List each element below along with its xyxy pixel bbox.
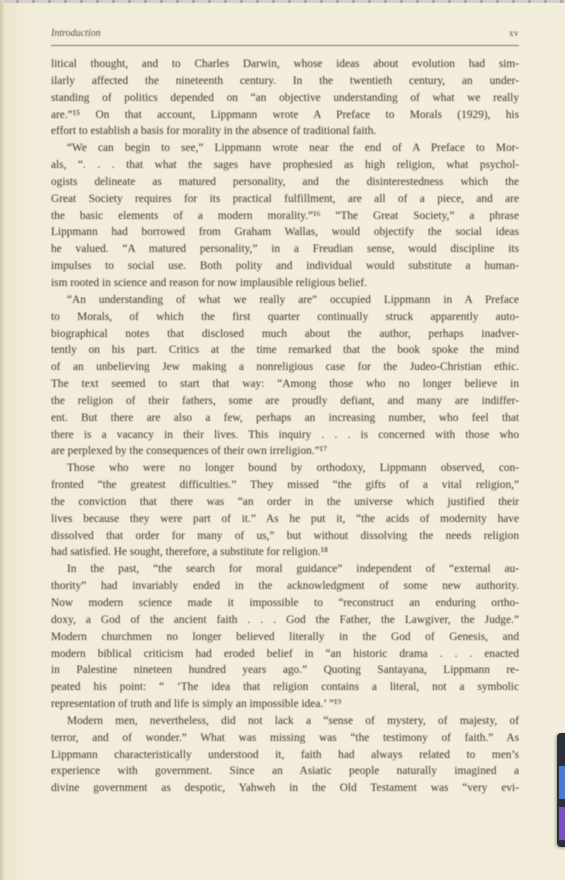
text-line: Modern churchmen no longer believed lite… xyxy=(51,629,519,646)
paragraph: Those who were no longer bound by orthod… xyxy=(51,460,519,561)
text-line: modern biblical criticism had eroded bel… xyxy=(51,646,519,663)
text-line: als, “. . . that what the sages have pro… xyxy=(51,157,519,174)
page-body: litical thought, and to Charles Darwin, … xyxy=(51,56,519,797)
text-line: Lippmann had borrowed from Graham Wallas… xyxy=(51,224,519,241)
paragraph: “An understanding of what we really are”… xyxy=(51,292,519,460)
text-line: Lippmann characteristically understood i… xyxy=(51,747,519,764)
text-line: The text seemed to start that way: “Amon… xyxy=(51,376,519,393)
text-line: tently on his part. Critics at the time … xyxy=(51,342,519,359)
text-line: had satisfied. He sought, therefore, a s… xyxy=(51,544,519,561)
text-line: ent. But there are also a few, perhaps a… xyxy=(51,410,519,427)
paragraph: Modern men, nevertheless, did not lack a… xyxy=(51,713,519,797)
text-line: he valued. “A matured personality,” in a… xyxy=(51,241,519,258)
text-line: there is a vacancy in their lives. This … xyxy=(51,427,519,444)
text-line: standing of politics depended on “an obj… xyxy=(51,90,519,107)
text-line: Now modern science made it impossible to… xyxy=(51,595,519,612)
toolbar-segment-purple-icon[interactable] xyxy=(559,807,565,840)
text-line: doxy, a God of the ancient faith . . . G… xyxy=(51,612,519,629)
text-line: “An understanding of what we really are”… xyxy=(51,292,519,309)
text-line: “We can begin to see,” Lippmann wrote ne… xyxy=(51,140,519,157)
running-header: Introduction xv xyxy=(51,28,519,46)
text-line: litical thought, and to Charles Darwin, … xyxy=(51,56,519,73)
document-viewer[interactable]: Introduction xv litical thought, and to … xyxy=(0,0,565,880)
text-line: fronted “the greatest difficulties.” The… xyxy=(51,477,519,494)
text-line: divine government as despotic, Yahweh in… xyxy=(51,780,519,797)
text-line: Modern men, nevertheless, did not lack a… xyxy=(51,713,519,730)
text-line: the conviction that there was “an order … xyxy=(51,494,519,511)
text-line: the religion of their fathers, some are … xyxy=(51,393,519,410)
text-line: effort to establish a basis for morality… xyxy=(51,123,519,140)
text-line: are.”¹⁵ On that account, Lippmann wrote … xyxy=(51,107,519,124)
text-line: thority” had invariably ended in the ack… xyxy=(51,578,519,595)
text-line: ogists delineate as matured personality,… xyxy=(51,174,519,191)
text-line: Great Society requires for its practical… xyxy=(51,191,519,208)
text-line: ilarly affected the nineteenth century. … xyxy=(51,73,519,90)
text-line: in Palestine nineteen hundred years ago.… xyxy=(51,662,519,679)
book-page: Introduction xv litical thought, and to … xyxy=(51,28,519,797)
text-line: terror, and of wonder.” What was missing… xyxy=(51,730,519,747)
floating-toolbar-handle[interactable] xyxy=(557,733,565,847)
toolbar-segment-blue-icon[interactable] xyxy=(559,766,565,799)
text-line: the basic elements of a modern morality.… xyxy=(51,208,519,225)
text-line: biographical notes that disclosed much a… xyxy=(51,326,519,343)
paragraph: In the past, “the search for moral guida… xyxy=(51,561,519,713)
text-line: are perplexed by the consequences of the… xyxy=(51,443,519,460)
text-line: experience with government. Since an Asi… xyxy=(51,763,519,780)
text-line: to Morals, of which the first quarter co… xyxy=(51,309,519,326)
text-line: representation of truth and life is simp… xyxy=(51,696,519,713)
text-line: dissolved that order for many of us,” bu… xyxy=(51,528,519,545)
text-line: peated his point: “ ‘The idea that relig… xyxy=(51,679,519,696)
text-line: of an unbelieving Jew making a nonreligi… xyxy=(51,359,519,376)
page-left-edge xyxy=(0,0,4,880)
paragraph: litical thought, and to Charles Darwin, … xyxy=(51,56,519,140)
text-line: Those who were no longer bound by orthod… xyxy=(51,460,519,477)
text-line: ism rooted in science and reason for now… xyxy=(51,275,519,292)
page-number: xv xyxy=(509,28,519,38)
section-title: Introduction xyxy=(51,28,101,39)
viewer-top-border xyxy=(0,0,565,3)
text-line: In the past, “the search for moral guida… xyxy=(51,561,519,578)
text-line: lives because they were part of it.” As … xyxy=(51,511,519,528)
paragraph: “We can begin to see,” Lippmann wrote ne… xyxy=(51,140,519,292)
text-line: impulses to social use. Both polity and … xyxy=(51,258,519,275)
